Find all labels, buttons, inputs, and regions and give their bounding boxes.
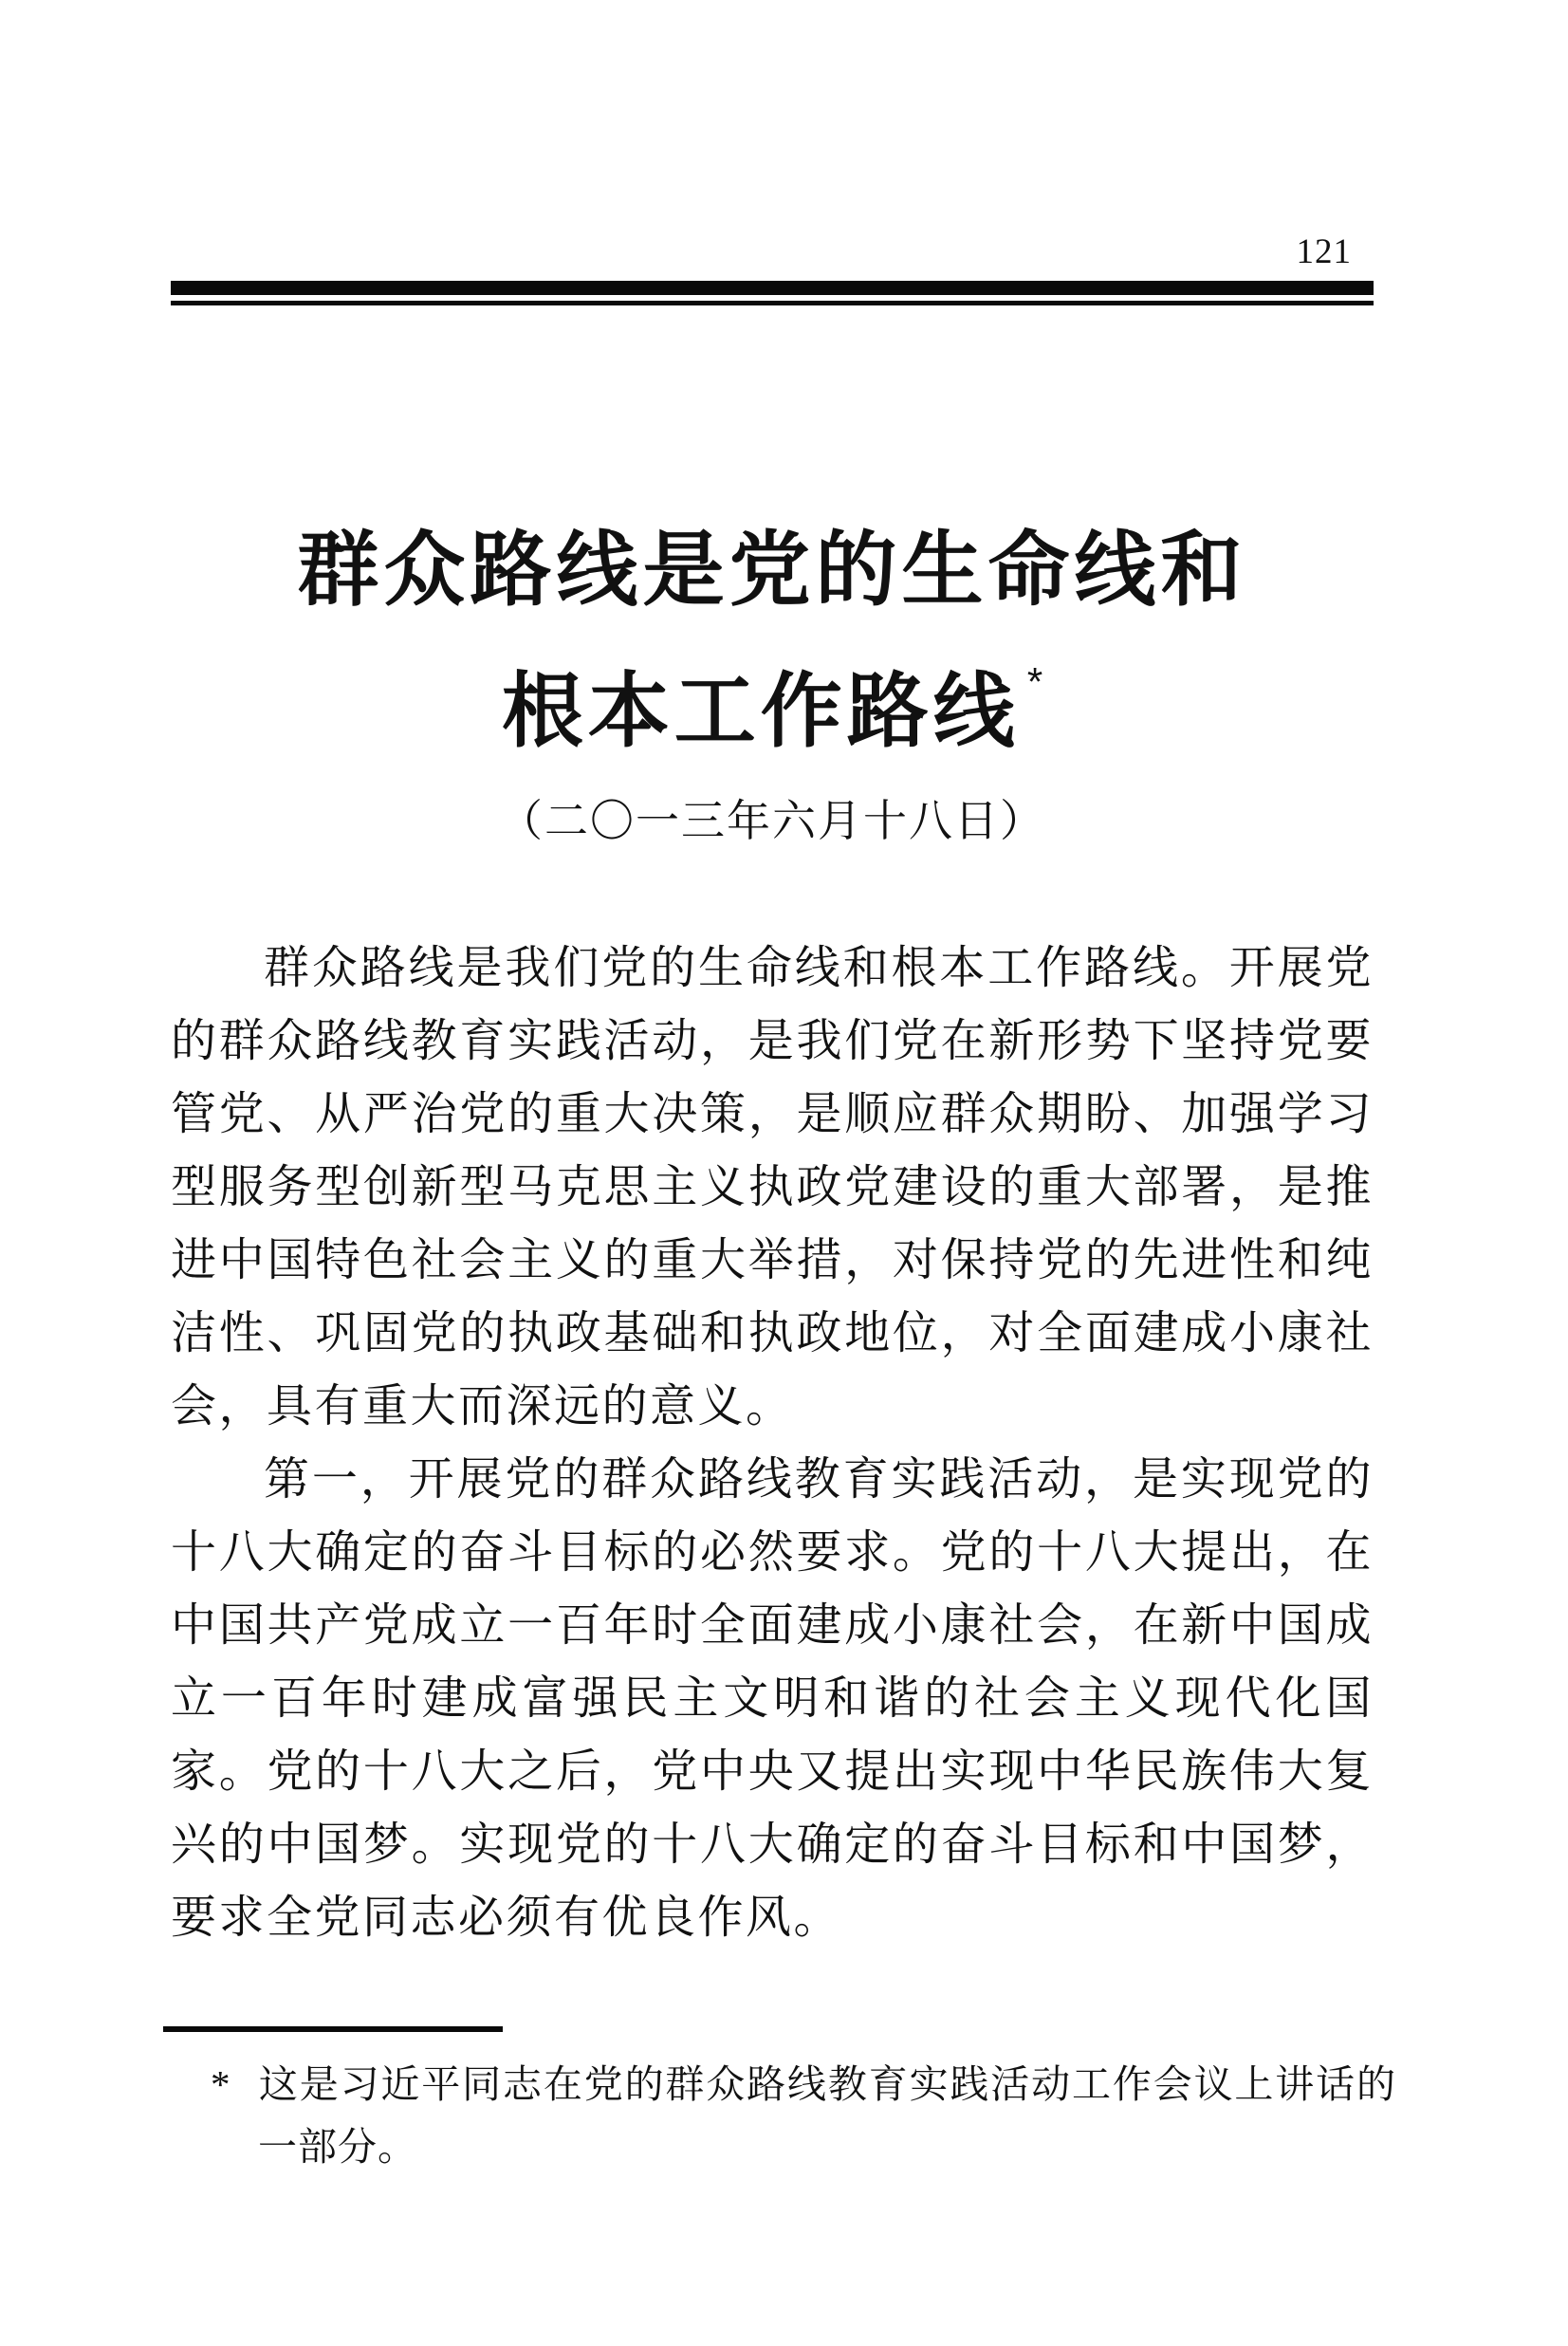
header-rule-thick <box>171 281 1374 295</box>
title-footnote-marker: * <box>1027 659 1042 704</box>
article-title-line-1: 群众路线是党的生命线和 <box>171 514 1374 626</box>
paragraph-2: 第一，开展党的群众路线教育实践活动，是实现党的十八大确定的奋斗目标的必然要求。党… <box>171 1443 1374 1954</box>
speech-date: （二〇一三年六月十八日） <box>171 793 1374 850</box>
footnote-text: 这是习近平同志在党的群众路线教育实践活动工作会议上讲话的一部分。 <box>258 2062 1396 2169</box>
footnote: *这是习近平同志在党的群众路线教育实践活动工作会议上讲话的一部分。 <box>211 2053 1396 2178</box>
footnote-rule <box>163 2026 503 2032</box>
page-number: 121 <box>1297 233 1353 271</box>
footnote-marker: * <box>211 2053 258 2115</box>
book-page: 121 群众路线是党的生命线和 根本工作路线* （二〇一三年六月十八日） 群众路… <box>0 0 1568 2346</box>
article-title: 群众路线是党的生命线和 根本工作路线* <box>171 514 1374 767</box>
article-title-line-2-text: 根本工作路线 <box>502 666 1020 757</box>
article-title-line-2: 根本工作路线* <box>171 626 1374 767</box>
body-text: 群众路线是我们党的生命线和根本工作路线。开展党的群众路线教育实践活动，是我们党在… <box>171 932 1374 1954</box>
paragraph-1: 群众路线是我们党的生命线和根本工作路线。开展党的群众路线教育实践活动，是我们党在… <box>171 932 1374 1443</box>
header-rule-thin <box>171 301 1374 305</box>
